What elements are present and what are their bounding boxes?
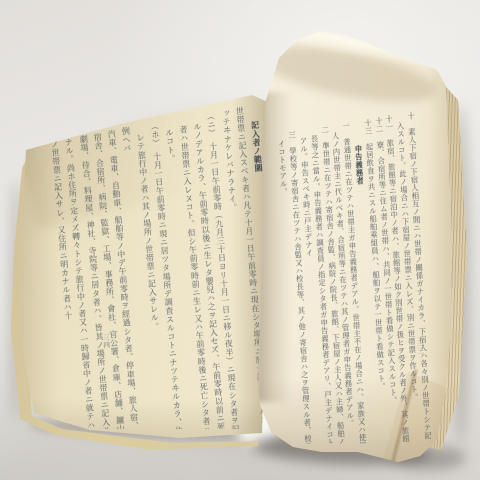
photo-of-open-book: 記入者ノ範圍世帯票ニ記入スベキ者ハ凡テ十月一日午前零時ニ現在シタ場所ニ於テ記入サ… xyxy=(0,0,480,480)
text-column: 申告義務者 xyxy=(353,120,364,184)
left-page-number: 三四 xyxy=(100,334,110,350)
right-page-number: 三三 xyxy=(415,340,425,355)
